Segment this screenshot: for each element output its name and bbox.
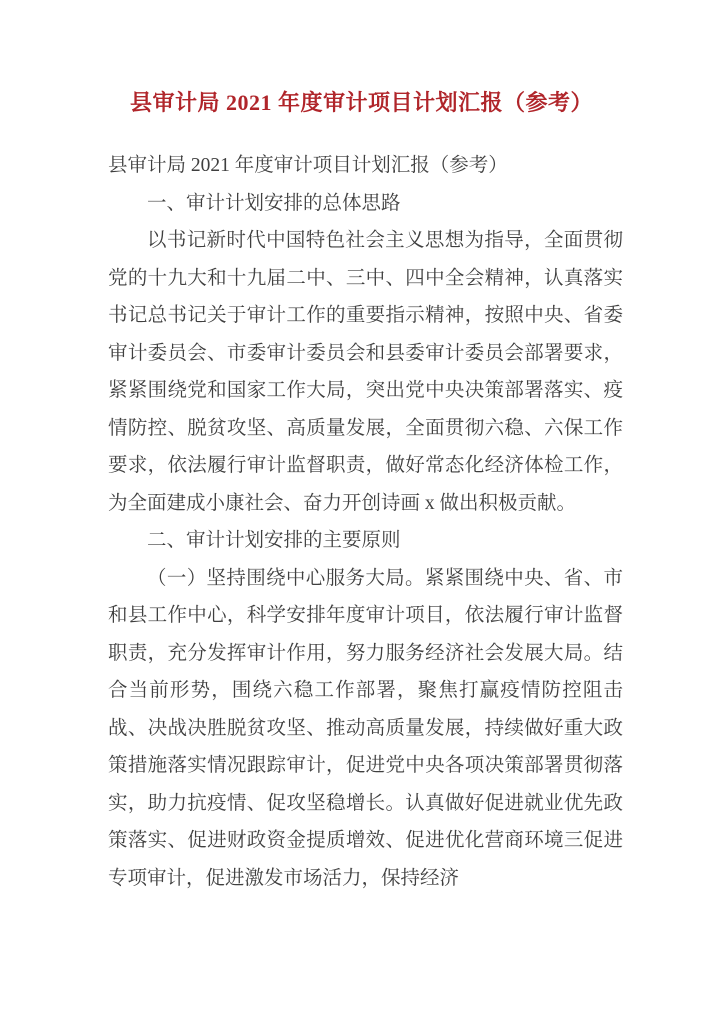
doc-heading-line: 县审计局 2021 年度审计项目计划汇报（参考） [108, 147, 623, 185]
document-title: 县审计局 2021 年度审计项目计划汇报（参考） [30, 88, 693, 118]
document-body: 县审计局 2021 年度审计项目计划汇报（参考） 一、审计计划安排的总体思路 以… [108, 147, 623, 897]
section-2-paragraph: （一）坚持围绕中心服务大局。紧紧围绕中央、省、市和县工作中心，科学安排年度审计项… [108, 560, 623, 898]
section-2-heading: 二、审计计划安排的主要原则 [108, 522, 623, 560]
document-page: 县审计局 2021 年度审计项目计划汇报（参考） 县审计局 2021 年度审计项… [0, 0, 723, 1024]
section-1-paragraph: 以书记新时代中国特色社会主义思想为指导，全面贯彻党的十九大和十九届二中、三中、四… [108, 222, 623, 522]
section-1-heading: 一、审计计划安排的总体思路 [108, 185, 623, 223]
